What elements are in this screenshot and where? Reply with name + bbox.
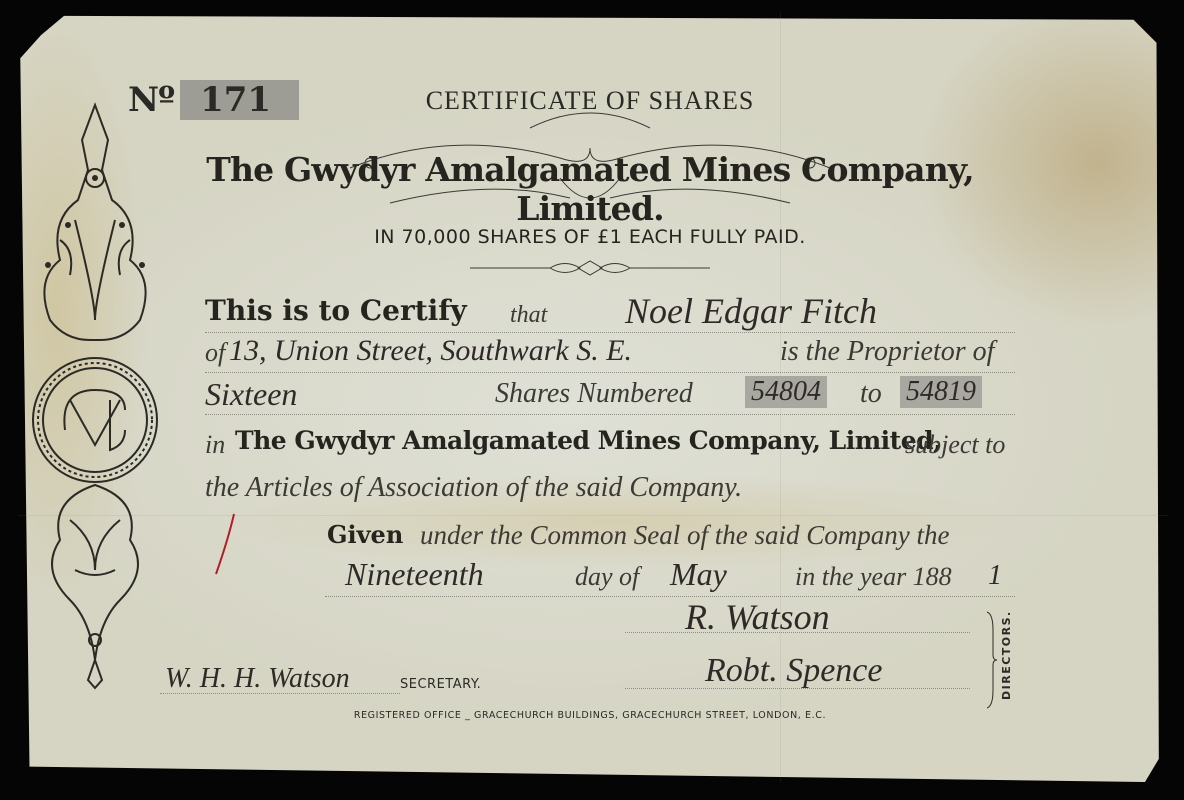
company-line: in The Gwydyr Amalgamated Mines Company,… bbox=[205, 420, 1015, 462]
registered-office: REGISTERED OFFICE _ GRACECHURCH BUILDING… bbox=[200, 710, 980, 721]
articles-text: the Articles of Association of the said … bbox=[205, 472, 742, 504]
secretary-label: SECRETARY. bbox=[400, 677, 481, 692]
director-2-signature: Robt. Spence bbox=[705, 652, 883, 690]
holder-line: This is to Certify that Noel Edgar Fitch bbox=[205, 290, 1015, 333]
share-capital-line: IN 70,000 SHARES OF £1 EACH FULLY PAID. bbox=[200, 226, 980, 248]
of-text: of bbox=[205, 338, 225, 368]
director-1-signature-line: R. Watson bbox=[625, 632, 970, 633]
share-number-from: 54804 bbox=[745, 376, 827, 408]
divider-flourish-icon bbox=[460, 255, 720, 279]
bracket-icon bbox=[985, 610, 997, 710]
articles-line: the Articles of Association of the said … bbox=[205, 466, 1015, 508]
director-1-signature: R. Watson bbox=[685, 596, 830, 638]
that-text: that bbox=[510, 302, 547, 329]
share-count-words: Sixteen bbox=[205, 376, 297, 413]
holder-address: 13, Union Street, Southwark S. E. bbox=[229, 334, 632, 368]
day-of-text: day of bbox=[575, 562, 639, 592]
seal-text: under the Common Seal of the said Compan… bbox=[420, 520, 949, 551]
shares-line: Sixteen Shares Numbered 54804 to 54819 bbox=[205, 372, 1015, 415]
secretary-signature: W. H. H. Watson bbox=[165, 663, 350, 695]
directors-label: DIRECTORS. bbox=[1000, 600, 1022, 710]
seal-line: Given under the Common Seal of the said … bbox=[205, 514, 1015, 556]
proprietor-text: is the Proprietor of bbox=[780, 336, 994, 368]
holder-name: Noel Edgar Fitch bbox=[625, 290, 877, 332]
director-2-signature-line: Robt. Spence bbox=[625, 688, 970, 689]
secretary-signature-line: W. H. H. Watson bbox=[160, 693, 400, 694]
year-digit: 1 bbox=[988, 560, 1002, 592]
monogram-ornament-icon bbox=[30, 100, 160, 690]
address-line: of 13, Union Street, Southwark S. E. is … bbox=[205, 330, 1015, 373]
date-line: Nineteenth day of May in the year 188 1 bbox=[325, 554, 1015, 597]
day-words: Nineteenth bbox=[345, 556, 484, 593]
in-the-year-text: in the year 188 bbox=[795, 562, 952, 592]
company-inline: The Gwydyr Amalgamated Mines Company, Li… bbox=[235, 426, 941, 455]
share-number-to: 54819 bbox=[900, 376, 982, 408]
certify-lead: This is to Certify bbox=[205, 294, 467, 327]
number-value: 171 bbox=[180, 80, 299, 120]
to-text: to bbox=[860, 378, 882, 410]
shares-numbered-text: Shares Numbered bbox=[495, 378, 693, 410]
given-text: Given bbox=[327, 520, 403, 549]
in-text: in bbox=[205, 430, 225, 460]
subject-to-text: subject to bbox=[905, 430, 1005, 460]
month: May bbox=[670, 556, 727, 593]
company-title: The Gwydyr Amalgamated Mines Company, Li… bbox=[170, 150, 1010, 228]
